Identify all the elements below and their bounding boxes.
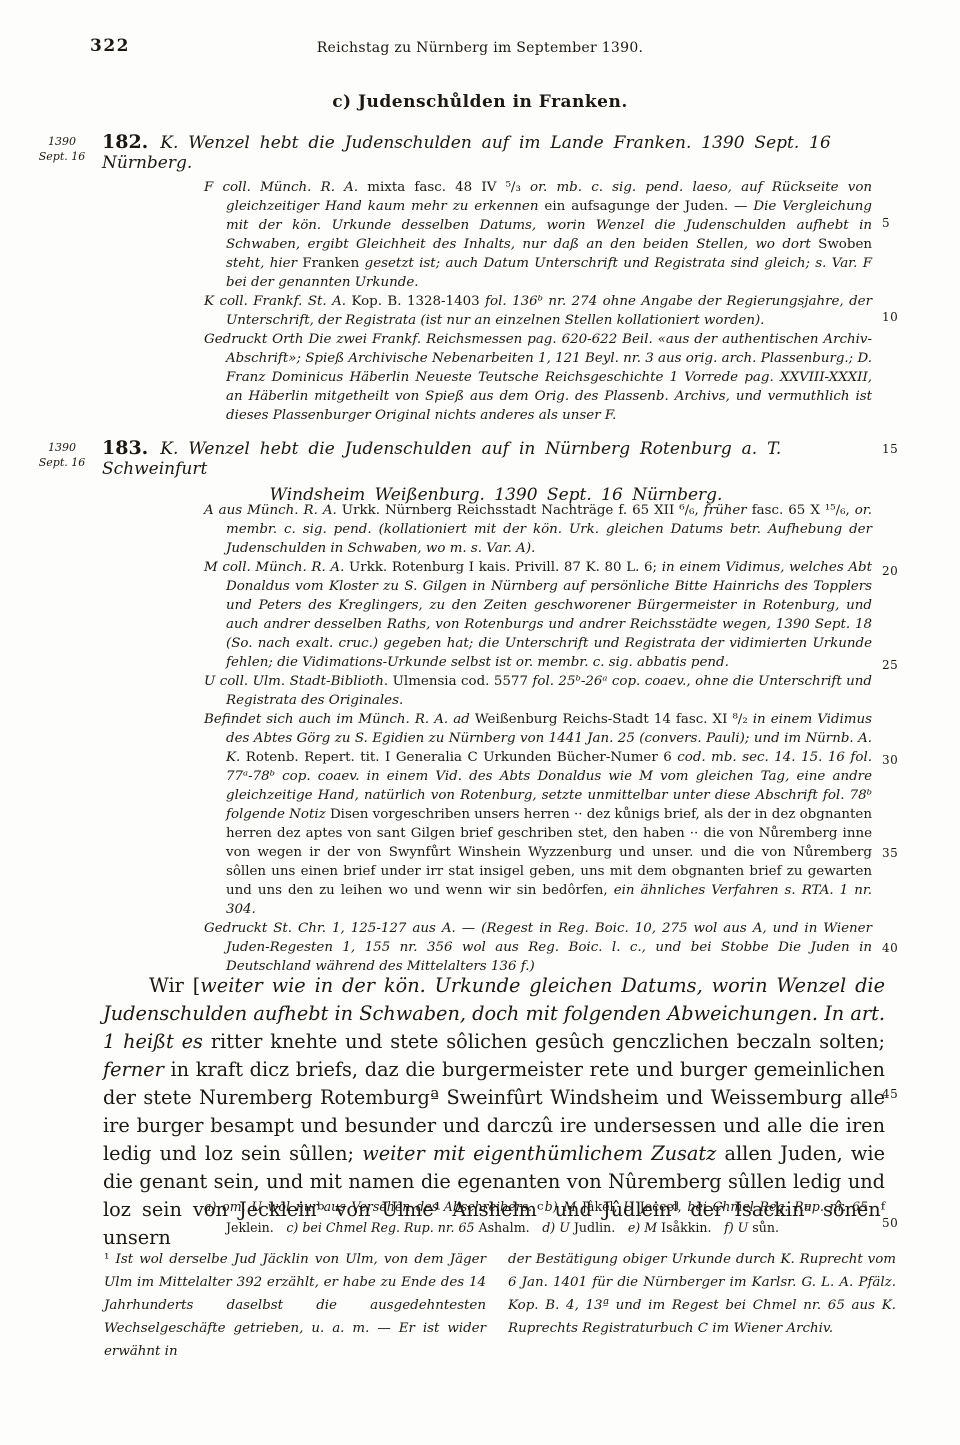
margin-date-day: Sept. 16 xyxy=(28,149,96,164)
entry-heading-183: 183.K. Wenzel hebt die Judenschulden auf… xyxy=(102,437,890,505)
text-segment: der Bestätigung obiger Urkunde durch K. … xyxy=(508,1252,896,1336)
section-heading: c) Judenschůlden in Franken. xyxy=(0,92,960,112)
line-number: 35 xyxy=(882,846,918,860)
text-segment: sůn. xyxy=(752,1220,779,1235)
apparatus-paragraph: F coll. Münch. R. A. mixta fasc. 48 IV ⁵… xyxy=(204,178,872,292)
line-number: 30 xyxy=(882,753,918,767)
text-segment: Gedruckt Orth Die zwei Frankf. Reichsmes… xyxy=(204,332,872,423)
text-segment: f) U xyxy=(724,1220,752,1235)
running-header: Reichstag zu Nürnberg im September 1390. xyxy=(0,40,960,56)
text-segment: K coll. Frankf. St. A. xyxy=(204,294,351,309)
text-segment: Isåkkin. xyxy=(661,1220,724,1235)
text-segment: ein aufsagunge der Juden. xyxy=(544,199,734,214)
text-segment: Franken xyxy=(302,256,364,271)
text-segment: in einem Vidimus, welches Abt Donaldus v… xyxy=(226,560,872,670)
entry-number-182: 182. xyxy=(102,131,148,153)
entry-number-183: 183. xyxy=(102,437,148,459)
text-segment: Urkk. Rotenburg I kais. Privill. 87 K. 8… xyxy=(349,560,662,575)
margin-date-year: 1390 xyxy=(28,134,96,149)
text-segment: steht, hier xyxy=(226,256,302,271)
text-segment: e) M xyxy=(628,1220,661,1235)
entry-heading-line1: 183.K. Wenzel hebt die Judenschulden auf… xyxy=(102,437,890,479)
text-segment: Befindet sich auch im Münch. R. A. ad xyxy=(204,712,475,727)
margin-date-year: 1390 xyxy=(28,440,96,455)
apparatus-paragraph: A aus Münch. R. A. Urkk. Nürnberg Reichs… xyxy=(204,501,872,558)
critical-notes: a) om. U wol nur aus Versehen des Abschr… xyxy=(204,1196,868,1238)
apparatus-paragraph: Gedruckt St. Chr. 1, 125-127 aus A. — (R… xyxy=(204,919,872,976)
margin-date-182: 1390 Sept. 16 xyxy=(28,134,96,164)
text-segment: Jeklein. xyxy=(226,1220,286,1235)
text-segment: d) U xyxy=(542,1220,574,1235)
document-page: 322 Reichstag zu Nürnberg im September 1… xyxy=(0,0,960,1445)
text-segment: Gedruckt St. Chr. 1, 125-127 aus A. — (R… xyxy=(204,921,872,974)
text-segment: ¹ xyxy=(104,1252,116,1267)
text-segment: Rotenb. Repert. tit. I Generalia C Urkun… xyxy=(246,750,677,765)
text-segment: ritter knehte und stete sôlichen gesûch … xyxy=(211,1030,885,1053)
text-segment: Judlin. xyxy=(574,1220,628,1235)
text-segment: F coll. Münch. R. A. xyxy=(204,180,367,195)
entry-heading-182: 182.K. Wenzel hebt die Judenschulden auf… xyxy=(102,131,890,173)
margin-date-183: 1390 Sept. 16 xyxy=(28,440,96,470)
text-segment: Wir [ xyxy=(149,974,200,997)
text-segment: U coll. Ulm. Stadt-Biblioth. xyxy=(204,674,393,689)
text-segment: c) bei Chmel Reg. Rup. nr. 65 xyxy=(286,1220,478,1235)
text-segment: Kop. B. 1328-1403 xyxy=(351,294,485,309)
line-number: 5 xyxy=(882,216,918,230)
line-number: 20 xyxy=(882,564,918,578)
text-segment: Weißenburg Reichs-Stadt 14 fasc. XI ⁸/₂ xyxy=(475,712,753,727)
apparatus-paragraph: Befindet sich auch im Münch. R. A. ad We… xyxy=(204,710,872,919)
footnote-right-column: der Bestätigung obiger Urkunde durch K. … xyxy=(508,1248,896,1340)
text-segment: Ulmensia cod. 5577 xyxy=(393,674,533,689)
text-segment: Jeccel, xyxy=(640,1199,688,1214)
line-number: 50 xyxy=(882,1216,918,1230)
text-segment: M coll. Münch. R. A. xyxy=(204,560,349,575)
text-segment: fasc. 65 X ¹⁵/₆, xyxy=(752,503,855,518)
line-number: 40 xyxy=(882,941,918,955)
line-number: 45 xyxy=(882,1087,918,1101)
text-segment: Swoben xyxy=(818,237,872,252)
text-segment: Ist wol derselbe Jud Jäcklin von Ulm, vo… xyxy=(104,1252,486,1359)
apparatus-paragraph: U coll. Ulm. Stadt-Biblioth. Ulmensia co… xyxy=(204,672,872,710)
line-number: 10 xyxy=(882,310,918,324)
text-segment: bei Chmel Reg. Rup. nr. 65 xyxy=(687,1199,868,1214)
text-segment: früher xyxy=(704,503,752,518)
entry-title-183-line1: K. Wenzel hebt die Judenschulden auf in … xyxy=(102,439,781,479)
text-segment: ferner xyxy=(103,1058,170,1081)
text-segment: a) om. U wol nur aus Versehen des Abschr… xyxy=(204,1199,582,1214)
text-segment: Urkk. Nürnberg Reichsstadt Nachträge f. … xyxy=(342,503,704,518)
apparatus-paragraph: Gedruckt Orth Die zwei Frankf. Reichsmes… xyxy=(204,330,872,425)
apparatus-182: F coll. Münch. R. A. mixta fasc. 48 IV ⁵… xyxy=(204,178,872,425)
apparatus-paragraph: K coll. Frankf. St. A. Kop. B. 1328-1403… xyxy=(204,292,872,330)
text-segment: Jâkel, xyxy=(582,1199,623,1214)
text-segment: U xyxy=(623,1199,639,1214)
line-number: 15 xyxy=(882,442,918,456)
footnote-left-column: ¹ Ist wol derselbe Jud Jäcklin von Ulm, … xyxy=(104,1248,486,1363)
margin-date-day: Sept. 16 xyxy=(28,455,96,470)
apparatus-183: A aus Münch. R. A. Urkk. Nürnberg Reichs… xyxy=(204,501,872,976)
text-segment: mixta fasc. 48 IV ⁵/₃ xyxy=(367,180,530,195)
entry-title-182: K. Wenzel hebt die Judenschulden auf im … xyxy=(102,133,831,173)
text-segment: Ashalm. xyxy=(479,1220,543,1235)
text-segment: weiter mit eigenthümlichem Zusatz xyxy=(362,1142,724,1165)
line-number: 25 xyxy=(882,658,918,672)
apparatus-paragraph: M coll. Münch. R. A. Urkk. Rotenburg I k… xyxy=(204,558,872,672)
text-segment: A aus Münch. R. A. xyxy=(204,503,342,518)
